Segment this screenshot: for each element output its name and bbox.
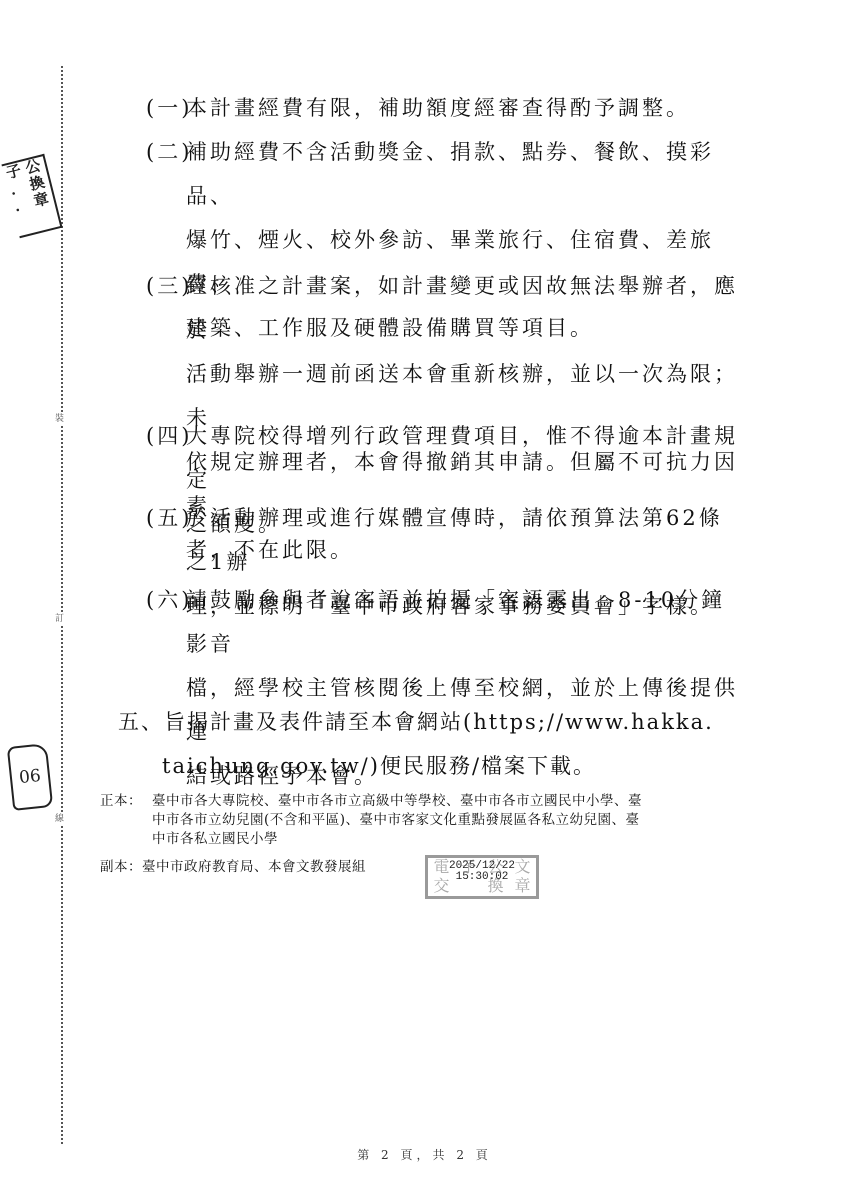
item-line: 本計畫經費有限，補助額度經審查得酌予調整。 — [146, 86, 746, 130]
cc-text: 臺中市政府教育局、本會文教發展組 — [142, 859, 366, 875]
section-line: taichung.gov.tw/)便民服務/檔案下載。 — [118, 744, 738, 788]
item-line: 大專院校得增列行政管理費項目，惟不得逾本計畫規定 — [146, 414, 746, 502]
item-line: 補助經費不含活動獎金、捐款、點券、餐飲、摸彩品、 — [146, 130, 746, 218]
cc-recipients: 副本：臺中市政府教育局、本會文教發展組 — [100, 858, 366, 877]
stamp-timestamp: 2025/12/22 15:30:02 — [428, 861, 536, 883]
binding-label-zhuang: 裝 — [55, 412, 64, 426]
item-line: 請鼓勵參與者說客語並拍攝「客語露出」8-10分鐘影音 — [146, 578, 746, 666]
section-label: 五、 — [118, 710, 164, 734]
item-line: 於活動辦理或進行媒體宣傳時，請依預算法第62條之1辦 — [146, 496, 746, 584]
recipient-line: 臺中市各大專院校、臺中市各市立高級中等學校、臺中市各市立國民中小學、臺 — [100, 792, 760, 811]
item-label: (一) — [146, 86, 192, 130]
electronic-exchange-stamp: 電 子 公 文 交 換 章 2025/12/22 15:30:02 — [425, 855, 539, 899]
primary-recipients: 正本： 臺中市各大專院校、臺中市各市立高級中等學校、臺中市各市立國民中小學、臺 … — [100, 792, 760, 849]
seal-char: ． — [13, 195, 32, 215]
seal-char: 章 — [32, 190, 51, 210]
item-label: (四) — [146, 414, 192, 458]
section-line: 旨揭計畫及表件請至本會網站(https;//www.hakka. — [164, 710, 714, 734]
stamp-time: 15:30:02 — [428, 872, 536, 883]
item-1: (一) 本計畫經費有限，補助額度經審查得酌予調整。 — [146, 86, 746, 130]
binding-label-ding: 訂 — [55, 612, 64, 626]
recipient-line: 中市各私立國民小學 — [100, 830, 760, 849]
binding-label-xian: 線 — [55, 812, 64, 826]
perforation-seal-bottom: 06 — [7, 743, 53, 811]
item-label: (三) — [146, 264, 192, 308]
recipient-line: 中市各市立幼兒園(不含和平區)、臺中市客家文化重點發展區各私立幼兒園、臺 — [100, 811, 760, 830]
primary-label: 正本： — [100, 792, 142, 811]
seal-number: 06 — [18, 766, 42, 788]
cc-label: 副本： — [100, 859, 142, 875]
item-label: (二) — [146, 130, 192, 174]
item-line: 經核准之計畫案，如計畫變更或因故無法舉辦者，應於 — [146, 264, 746, 352]
item-label: (六) — [146, 578, 192, 622]
section-5: 五、旨揭計畫及表件請至本會網站(https;//www.hakka. taich… — [118, 700, 738, 788]
page-number: 第 2 頁，共 2 頁 — [0, 1146, 849, 1163]
item-label: (五) — [146, 496, 192, 540]
perforation-seal-top: 子 ． ． 公 換 章 — [1, 154, 62, 238]
